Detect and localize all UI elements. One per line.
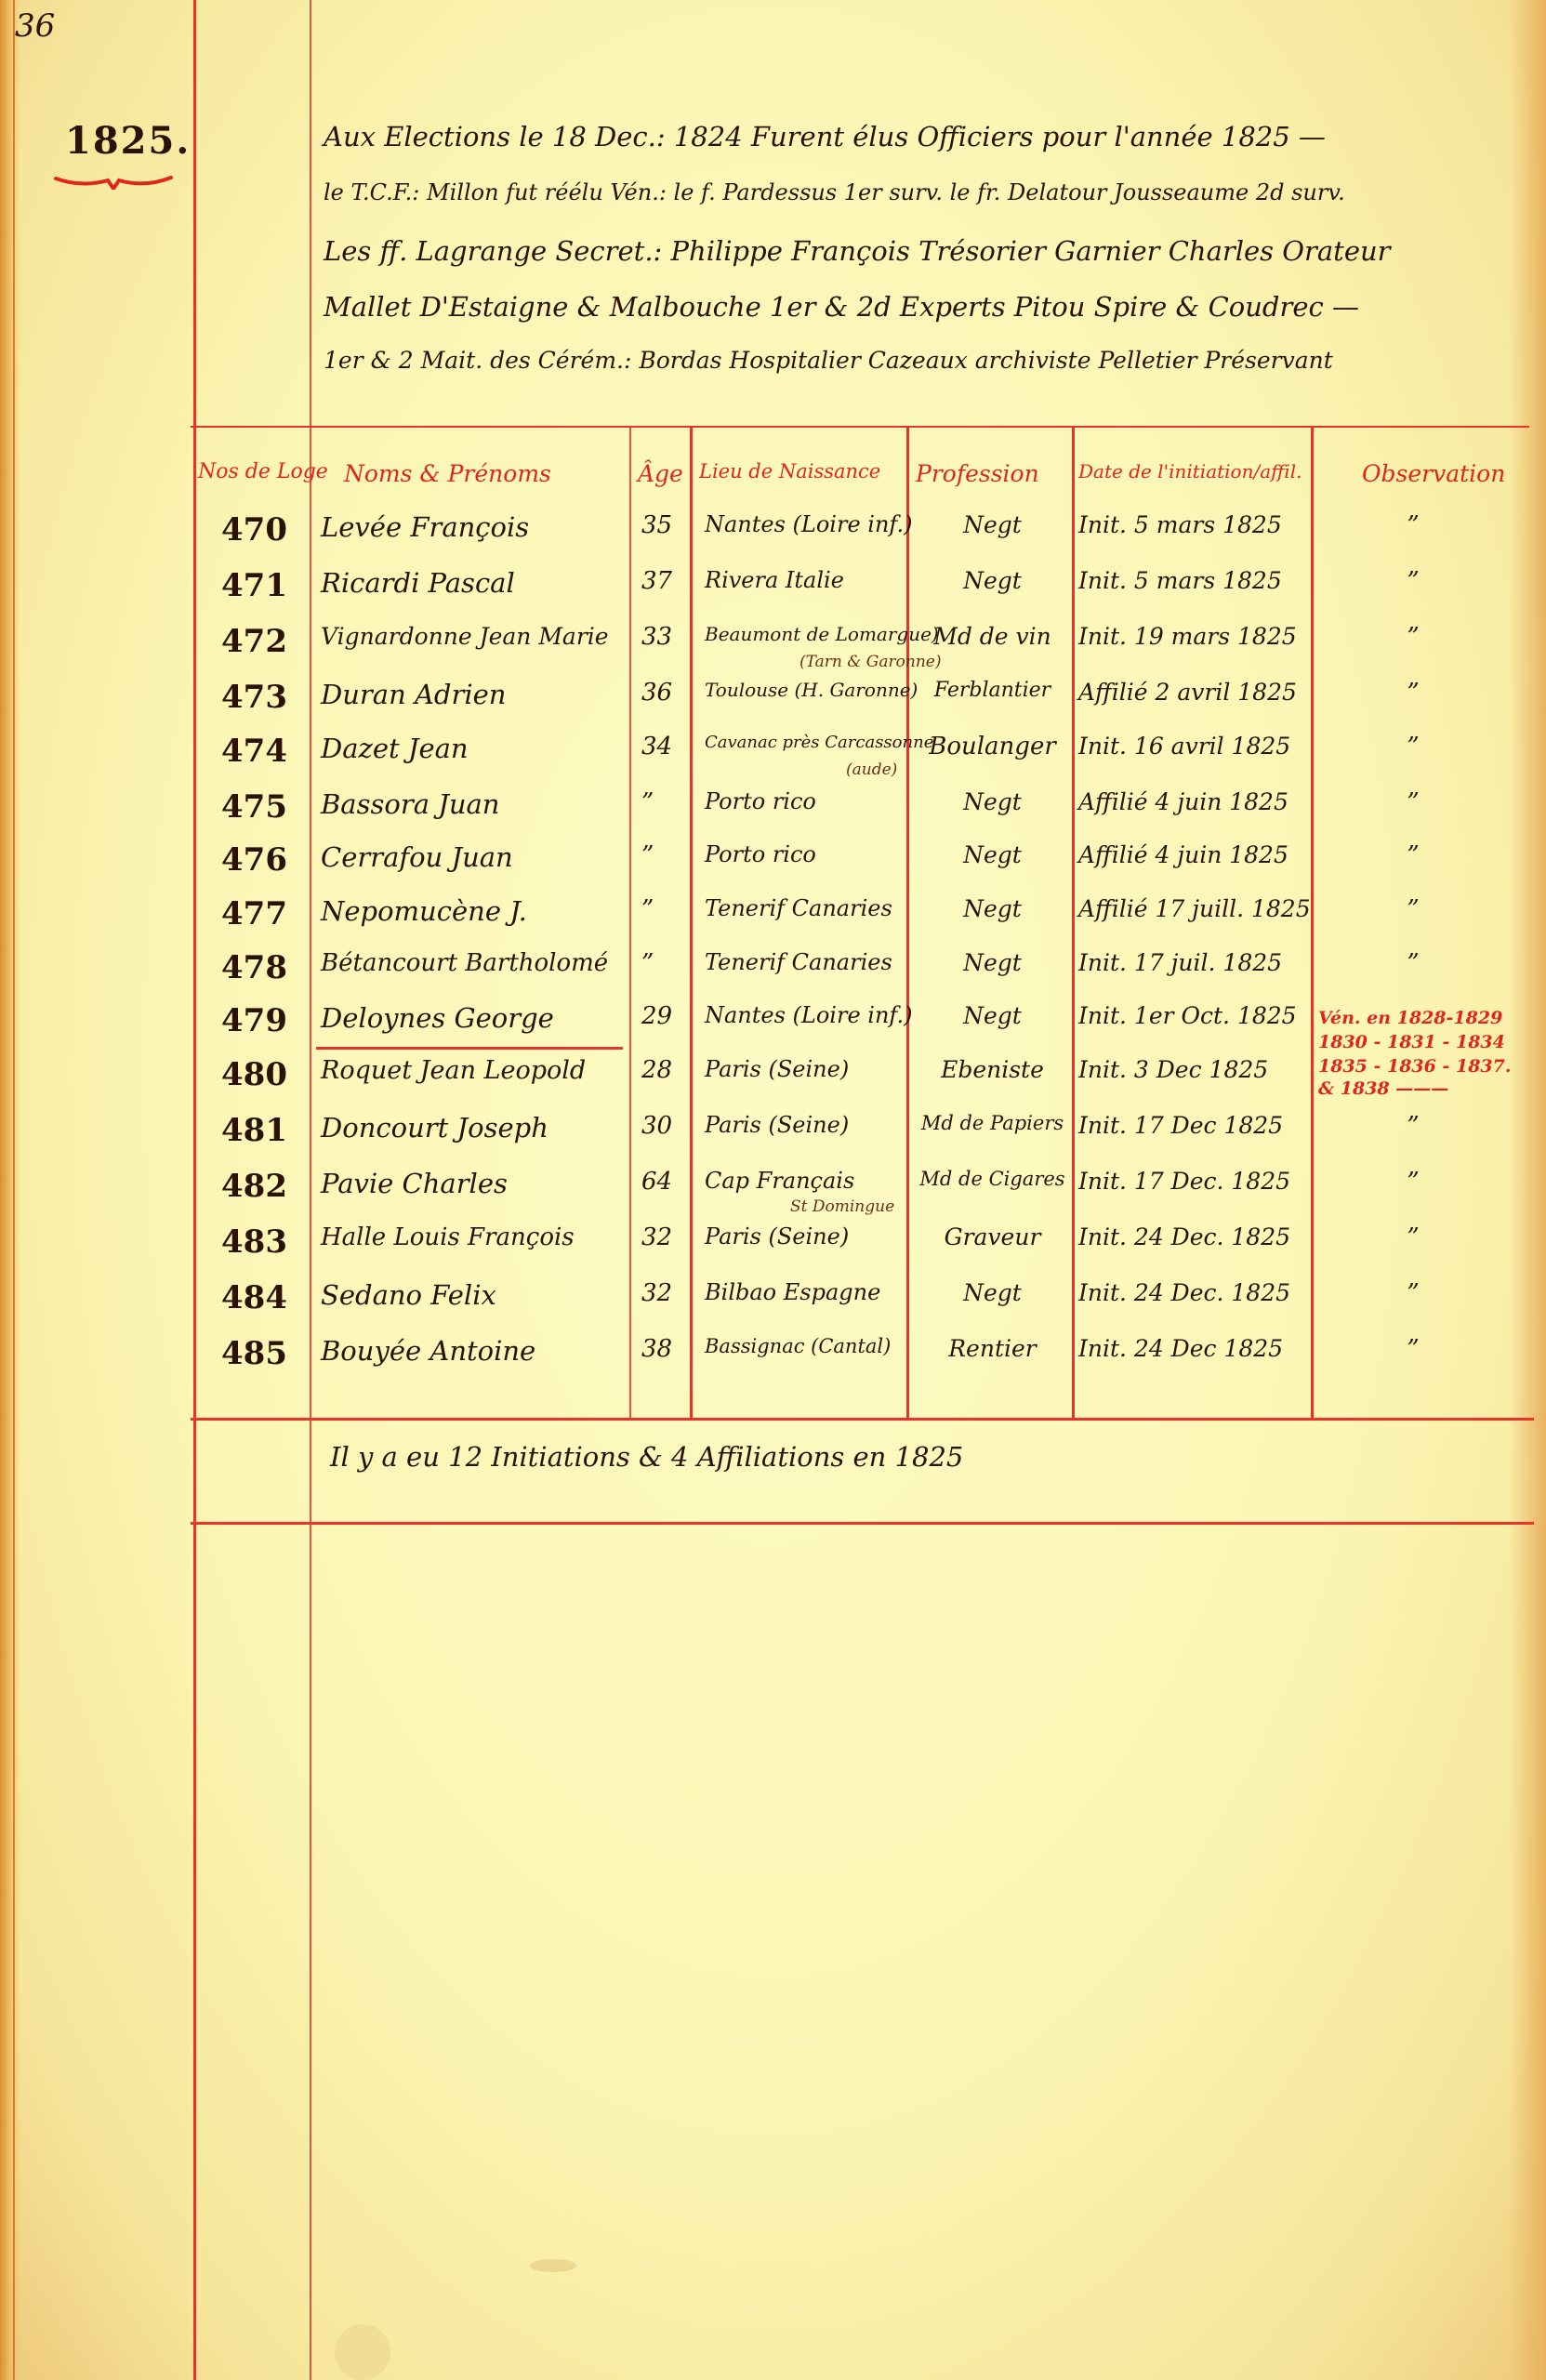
header-profession: Profession (916, 460, 1039, 487)
member-age: 28 (641, 1056, 672, 1084)
member-age: 33 (641, 623, 672, 651)
initiation-date: Init. 5 mars 1825 (1078, 511, 1282, 538)
profession: Boulanger (916, 733, 1069, 760)
observation-note-line: 1830 - 1831 - 1834 (1318, 1032, 1505, 1052)
initiation-date: Affilié 4 juin 1825 (1078, 841, 1288, 868)
member-age: ” (641, 841, 654, 869)
lodge-number: 485 (221, 1335, 287, 1372)
member-age: ” (641, 788, 654, 816)
observation: ” (1320, 895, 1506, 923)
profession: Negt (916, 567, 1069, 594)
preamble-line-2: le T.C.F.: Millon fut réélu Vén.: le f. … (324, 179, 1345, 205)
initiation-date: Affilié 17 juill. 1825 (1078, 895, 1311, 922)
member-age: 32 (641, 1223, 672, 1251)
profession: Negt (916, 841, 1069, 868)
table-row: 474 Dazet Jean 34 Cavanac près Carcasson… (0, 733, 1546, 787)
header-age: Âge (638, 460, 683, 487)
lodge-number: 476 (221, 841, 287, 879)
table-row: 485 Bouyée Antoine 38 Bassignac (Cantal)… (0, 1335, 1546, 1389)
observation-note-line: & 1838 ——— (1318, 1078, 1448, 1099)
yearly-summary: Il y a eu 12 Initiations & 4 Affiliation… (330, 1441, 963, 1473)
preamble-line-5: 1er & 2 Mait. des Cérém.: Bordas Hospita… (324, 347, 1333, 374)
year-heading: 1825. (65, 119, 191, 163)
initiation-date: Init. 5 mars 1825 (1078, 567, 1282, 594)
year-brace-flourish (54, 175, 173, 190)
member-name: Ricardi Pascal (321, 567, 515, 599)
profession: Ferblantier (916, 679, 1069, 702)
profession: Negt (916, 1279, 1069, 1306)
member-age: ” (641, 949, 654, 977)
member-age: 37 (641, 567, 672, 595)
member-name: Deloynes George (321, 1002, 554, 1034)
lodge-number: 480 (221, 1056, 287, 1093)
lodge-number: 482 (221, 1168, 287, 1205)
member-age: 36 (641, 679, 672, 707)
lodge-number: 481 (221, 1112, 287, 1149)
member-name: Pavie Charles (321, 1168, 508, 1199)
lodge-number: 471 (221, 567, 287, 604)
birthplace-subline: (aude) (846, 760, 897, 779)
observation: ” (1320, 1335, 1506, 1363)
table-row: 477 Nepomucène J. ” Tenerif Canaries Neg… (0, 895, 1546, 949)
member-age: 35 (641, 511, 672, 539)
initiation-date: Init. 17 Dec. 1825 (1078, 1168, 1290, 1195)
lodge-number: 484 (221, 1279, 287, 1316)
initiation-date: Init. 16 avril 1825 (1078, 733, 1290, 760)
birthplace: Paris (Seine) (705, 1056, 849, 1082)
birthplace: Tenerif Canaries (705, 949, 892, 975)
header-birthplace: Lieu de Naissance (699, 460, 880, 483)
birthplace-subline: St Domingue (790, 1197, 894, 1216)
birthplace: Nantes (Loire inf.) (705, 1002, 912, 1028)
summary-bottom-rule (191, 1522, 1534, 1525)
table-row: 483 Halle Louis François 32 Paris (Seine… (0, 1223, 1546, 1277)
member-name: Nepomucène J. (321, 895, 527, 927)
lodge-number: 470 (221, 511, 287, 549)
profession: Graveur (916, 1223, 1069, 1250)
lodge-number: 477 (221, 895, 287, 932)
member-age: 38 (641, 1335, 672, 1363)
table-row: 473 Duran Adrien 36 Toulouse (H. Garonne… (0, 679, 1546, 733)
member-name: Dazet Jean (321, 733, 469, 764)
birthplace: Toulouse (H. Garonne) (705, 679, 918, 701)
initiation-date: Init. 24 Dec. 1825 (1078, 1223, 1290, 1250)
observation: ” (1320, 679, 1506, 707)
header-date: Date de l'initiation/affil. (1078, 460, 1302, 483)
birthplace: Bilbao Espagne (705, 1279, 880, 1305)
observation: ” (1320, 1223, 1506, 1251)
birthplace: Nantes (Loire inf.) (705, 511, 912, 537)
member-age: 64 (641, 1168, 672, 1196)
profession: Md de Cigares (916, 1168, 1069, 1190)
member-name: Bassora Juan (321, 788, 499, 820)
birthplace: Cap Français (705, 1168, 854, 1194)
page-number: 36 (15, 7, 55, 45)
lodge-number: 478 (221, 949, 287, 986)
paper-stain (335, 2324, 390, 2380)
lodge-number: 474 (221, 733, 287, 770)
table-bottom-rule (191, 1418, 1534, 1421)
observation: ” (1320, 511, 1506, 539)
profession: Rentier (916, 1335, 1069, 1362)
member-name: Cerrafou Juan (321, 841, 513, 873)
birthplace: Paris (Seine) (705, 1223, 849, 1249)
member-name: Vignardonne Jean Marie (321, 623, 609, 650)
lodge-number: 483 (221, 1223, 287, 1261)
paper-stain (530, 2259, 576, 2272)
member-age: 30 (641, 1112, 672, 1140)
table-row: 470 Levée François 35 Nantes (Loire inf.… (0, 511, 1546, 565)
birthplace: Cavanac près Carcassonne (705, 733, 933, 752)
observation: ” (1320, 733, 1506, 760)
header-name: Noms & Prénoms (344, 460, 551, 487)
lodge-number: 475 (221, 788, 287, 826)
profession: Negt (916, 895, 1069, 922)
member-age: 29 (641, 1002, 672, 1030)
table-row: 482 Pavie Charles 64 Cap Français St Dom… (0, 1168, 1546, 1222)
profession: Md de Papiers (916, 1112, 1069, 1134)
member-name: Sedano Felix (321, 1279, 496, 1311)
initiation-date: Init. 24 Dec. 1825 (1078, 1279, 1290, 1306)
initiation-date: Affilié 2 avril 1825 (1078, 679, 1297, 706)
observation: ” (1320, 1168, 1506, 1196)
table-row: 472 Vignardonne Jean Marie 33 Beaumont d… (0, 623, 1546, 677)
initiation-date: Init. 17 Dec 1825 (1078, 1112, 1283, 1139)
table-top-rule (191, 426, 1529, 428)
member-name: Halle Louis François (321, 1223, 575, 1251)
initiation-date: Init. 19 mars 1825 (1078, 623, 1297, 650)
birthplace: Bassignac (Cantal) (705, 1335, 891, 1357)
member-age: 34 (641, 733, 672, 760)
header-lodge-number: Nos de Loge (198, 460, 328, 483)
observation: ” (1320, 949, 1506, 977)
initiation-date: Init. 3 Dec 1825 (1078, 1056, 1268, 1083)
table-row: 480 Roquet Jean Leopold 28 Paris (Seine)… (0, 1056, 1546, 1110)
lodge-number: 473 (221, 679, 287, 716)
birthplace: Porto rico (705, 841, 816, 867)
observation: ” (1320, 788, 1506, 816)
initiation-date: Affilié 4 juin 1825 (1078, 788, 1288, 815)
profession: Negt (916, 511, 1069, 538)
profession: Negt (916, 1002, 1069, 1029)
member-age: ” (641, 895, 654, 923)
profession: Negt (916, 949, 1069, 976)
observation: ” (1320, 1279, 1506, 1307)
profession: Ebeniste (916, 1056, 1069, 1083)
birthplace: Tenerif Canaries (705, 895, 892, 921)
profession: Md de vin (916, 623, 1069, 650)
observation: ” (1320, 567, 1506, 595)
initiation-date: Init. 1er Oct. 1825 (1078, 1002, 1297, 1029)
table-row: 484 Sedano Felix 32 Bilbao Espagne Negt … (0, 1279, 1546, 1333)
table-row: 479 Deloynes George 29 Nantes (Loire inf… (0, 1002, 1546, 1056)
member-age: 32 (641, 1279, 672, 1307)
member-name: Levée François (321, 511, 529, 543)
preamble-line-4: Mallet D'Estaigne & Malbouche 1er & 2d E… (324, 291, 1359, 323)
table-row: 478 Bétancourt Bartholomé ” Tenerif Cana… (0, 949, 1546, 1003)
observation: ” (1320, 841, 1506, 869)
member-name: Bétancourt Bartholomé (321, 949, 608, 977)
observation: ” (1320, 623, 1506, 651)
birthplace-subline: (Tarn & Garonne) (799, 653, 941, 671)
member-name: Roquet Jean Leopold (321, 1056, 586, 1085)
table-row: 476 Cerrafou Juan ” Porto rico Negt Affi… (0, 841, 1546, 895)
table-row: 481 Doncourt Joseph 30 Paris (Seine) Md … (0, 1112, 1546, 1166)
lodge-number: 479 (221, 1002, 287, 1039)
observation-note-line: Vén. en 1828-1829 (1318, 1008, 1502, 1028)
birthplace: Porto rico (705, 788, 816, 814)
preamble-line-3: Les ff. Lagrange Secret.: Philippe Franç… (324, 235, 1391, 267)
observation-note-line: 1835 - 1836 - 1837. (1318, 1056, 1512, 1077)
birthplace: Paris (Seine) (705, 1112, 849, 1138)
table-row: 471 Ricardi Pascal 37 Rivera Italie Negt… (0, 567, 1546, 621)
profession: Negt (916, 788, 1069, 815)
observation: ” (1320, 1112, 1506, 1140)
member-name: Bouyée Antoine (321, 1335, 535, 1367)
table-row: 475 Bassora Juan ” Porto rico Negt Affil… (0, 788, 1546, 842)
member-name: Duran Adrien (321, 679, 506, 710)
initiation-date: Init. 17 juil. 1825 (1078, 949, 1282, 976)
member-name: Doncourt Joseph (321, 1112, 548, 1144)
birthplace: Rivera Italie (705, 567, 844, 593)
initiation-date: Init. 24 Dec 1825 (1078, 1335, 1283, 1362)
header-observation: Observation (1362, 460, 1505, 487)
lodge-number: 472 (221, 623, 287, 660)
preamble-line-1: Aux Elections le 18 Dec.: 1824 Furent él… (324, 121, 1326, 152)
birthplace: Beaumont de Lomargue) (705, 623, 939, 645)
